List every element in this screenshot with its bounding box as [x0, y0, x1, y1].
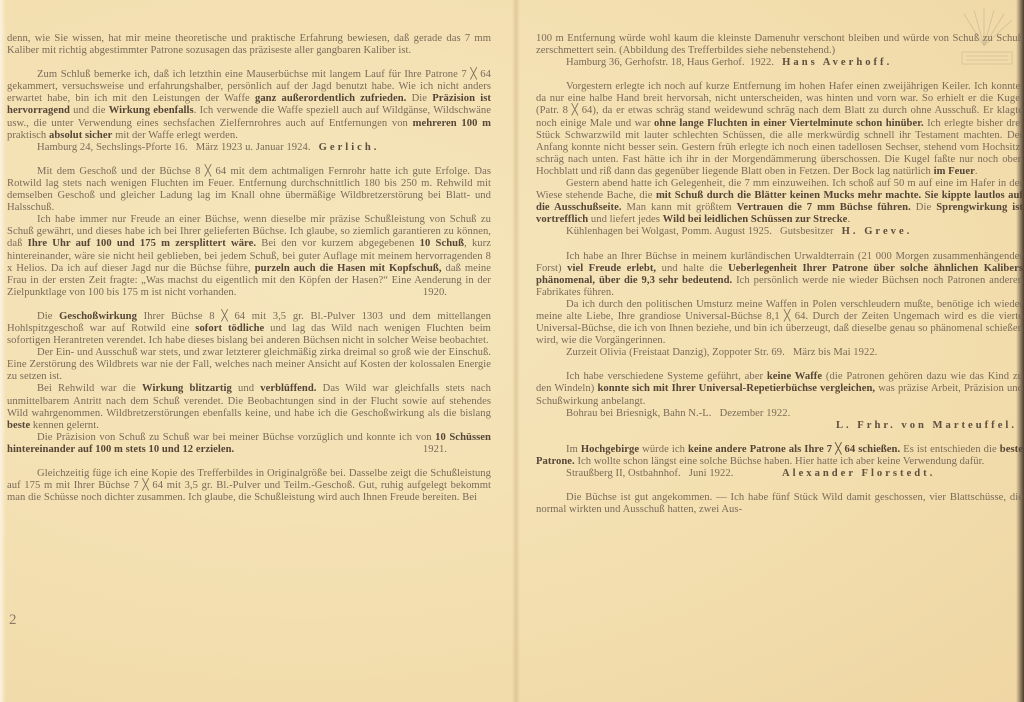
letter-signature: Straußberg II, Ostbahnhof. Juni 1922. Al… — [536, 468, 1023, 480]
emphasis-text: ohne lange Fluchten in einer Viertelminu… — [654, 118, 924, 129]
body-text: Man kann mit größtem — [622, 202, 737, 213]
body-text: Die Präzision von Schuß zu Schuß war bei… — [37, 432, 435, 443]
letter-signature: Hamburg 36, Gerhofstr. 18, Haus Gerhof. … — [536, 57, 1023, 69]
body-text: Die — [406, 93, 432, 104]
emphasis-text: Ihre Uhr auf 100 und 175 m zersplittert … — [28, 238, 256, 249]
paragraph: Da ich durch den politischen Umsturz mei… — [536, 299, 1023, 347]
letter-year: 1921. — [393, 444, 447, 456]
body-text: Mit dem Geschoß und der Büchse 8 ╳ 64 mi… — [7, 166, 491, 213]
emphasis-text: verblüffend. — [260, 383, 316, 394]
paragraph: Vorgestern erlegte ich noch auf kurze En… — [536, 81, 1023, 178]
emphasis-text: ganz außerordentlich zufrieden. — [255, 93, 406, 104]
emphasis-text: Wirkung blitzartig — [142, 383, 232, 394]
body-text: Bei den vor kurzem abgegebenen — [256, 238, 420, 249]
body-text: Ich wollte schon längst eine solche Büch… — [575, 456, 985, 467]
body-text: und — [232, 383, 260, 394]
emphasis-text: keine andere Patrone als Ihre 7 ╳ 64 sch… — [688, 444, 900, 455]
paragraph: Der Ein- und Ausschuß war stets, und zwa… — [7, 347, 491, 383]
emphasis-text: mehreren 100 m — [413, 118, 491, 129]
emphasis-text: Wirkung ebenfalls — [109, 105, 194, 116]
body-text: und liefert jedes — [588, 214, 663, 225]
emphasis-text: Vertrauen die 7 mm Büchse führen. — [737, 202, 911, 213]
emphasis-text: konnte sich mit Ihrer Universal-Repetier… — [597, 383, 875, 394]
letter-signature: Zurzeit Olivia (Freistaat Danzig), Zoppo… — [536, 347, 1023, 359]
emphasis-text: im Feuer — [934, 166, 975, 177]
emphasis-text: keine Waffe — [767, 371, 822, 382]
signature-place-date: Kühlenhagen bei Wolgast, Pomm. August 19… — [566, 226, 842, 237]
emphasis-text: beste — [7, 420, 30, 431]
signature-name: H. Greve. — [842, 226, 913, 237]
signature-name: L. Frhr. von Marteuffel. — [836, 420, 1017, 431]
body-text: Gleichzeitig füge ich eine Kopie des Tre… — [7, 468, 491, 503]
body-text: kennen gelernt. — [30, 420, 99, 431]
right-page: 100 m Entfernung würde wohl kaum die kle… — [536, 33, 1023, 516]
emphasis-text: Geschoßwirkung — [59, 311, 137, 322]
paragraph: Ich habe immer nur Freude an einer Büchs… — [7, 214, 491, 299]
page-number: 2 — [9, 612, 17, 629]
paragraph: Ich habe an Ihrer Büchse in meinem kurlä… — [536, 251, 1023, 299]
body-text: Bei Rehwild war die — [37, 383, 142, 394]
body-text: . — [847, 214, 850, 225]
emphasis-text: Hochgebirge — [581, 444, 639, 455]
body-text: Die — [911, 202, 936, 213]
paragraph: denn, wie Sie wissen, hat mir meine theo… — [7, 33, 491, 57]
emphasis-text: sofort tödliche — [195, 323, 264, 334]
body-text: 100 m Entfernung würde wohl kaum die kle… — [536, 33, 1023, 56]
signature-place-date: Bohrau bei Briesnigk, Bahn N.-L. Dezembe… — [566, 408, 798, 419]
paragraph: Ich habe verschiedene Systeme geführt, a… — [536, 371, 1023, 407]
letter-signature: Bohrau bei Briesnigk, Bahn N.-L. Dezembe… — [536, 408, 1023, 420]
emphasis-text: 10 Schuß — [420, 238, 464, 249]
emphasis-text: mit Schuß durch die Blätter keinen Mucks… — [656, 190, 921, 201]
letter-signature: Hamburg 24, Sechslings-Pforte 16. März 1… — [7, 142, 491, 154]
body-text: Im — [566, 444, 581, 455]
emphasis-text: absolut sicher — [49, 130, 112, 141]
page-gutter — [512, 0, 520, 702]
signature-place-date: Hamburg 24, Sechslings-Pforte 16. März 1… — [37, 142, 319, 153]
body-text: Es ist entschieden die — [900, 444, 1000, 455]
body-text: Die — [37, 311, 59, 322]
paragraph: Die Geschoßwirkung Ihrer Büchse 8 ╳ 64 m… — [7, 311, 491, 347]
paragraph: Gestern abend hatte ich Gelegenheit, die… — [536, 178, 1023, 226]
letter-signature: Kühlenhagen bei Wolgast, Pomm. August 19… — [536, 226, 1023, 238]
paragraph: Gleichzeitig füge ich eine Kopie des Tre… — [7, 468, 491, 504]
body-text: mit der Waffe erlegt werden. — [112, 130, 238, 141]
paragraph: 100 m Entfernung würde wohl kaum die kle… — [536, 33, 1023, 57]
body-text: praktisch — [7, 130, 49, 141]
paragraph: Zum Schluß bemerke ich, daß ich letzthin… — [7, 69, 491, 142]
signature-place-date: Hamburg 36, Gerhofstr. 18, Haus Gerhof. … — [566, 57, 782, 68]
signature-place-date: Zurzeit Olivia (Freistaat Danzig), Zoppo… — [566, 347, 885, 358]
body-text: Da ich durch den politischen Umsturz mei… — [536, 299, 1023, 346]
body-text: denn, wie Sie wissen, hat mir meine theo… — [7, 33, 491, 56]
body-text: und halte die — [656, 263, 728, 274]
body-text: und die — [70, 105, 109, 116]
body-text: Die Büchse ist gut angekommen. — Ich hab… — [536, 492, 1023, 515]
letter-signature: L. Frhr. von Marteuffel. — [536, 420, 1023, 432]
paragraph: Die Präzision von Schuß zu Schuß war bei… — [7, 432, 491, 456]
paragraph: Im Hochgebirge würde ich keine andere Pa… — [536, 444, 1023, 468]
emphasis-text: Wild bei leidlichen Schüssen zur Strecke — [663, 214, 848, 225]
signature-name: Gerlich. — [319, 142, 380, 153]
paragraph: Bei Rehwild war die Wirkung blitzartig u… — [7, 383, 491, 431]
body-text: Ich habe verschiedene Systeme geführt, a… — [566, 371, 767, 382]
signature-name: Hans Averhoff. — [782, 57, 892, 68]
book-spread: denn, wie Sie wissen, hat mir meine theo… — [0, 0, 1024, 702]
body-text: . — [975, 166, 978, 177]
paragraph: Die Büchse ist gut angekommen. — Ich hab… — [536, 492, 1023, 516]
body-text: Der Ein- und Ausschuß war stets, und zwa… — [7, 347, 491, 382]
letter-year: 1920. — [393, 287, 447, 299]
emphasis-text: purzeln auch die Hasen mit Kopfschuß, — [255, 263, 442, 274]
emphasis-text: viel Freude erlebt, — [567, 263, 656, 274]
left-page: denn, wie Sie wissen, hat mir meine theo… — [7, 33, 491, 504]
paragraph: Mit dem Geschoß und der Büchse 8 ╳ 64 mi… — [7, 166, 491, 214]
body-text: würde ich — [639, 444, 688, 455]
signature-place-date: Straußberg II, Ostbahnhof. Juni 1922. — [566, 468, 782, 479]
signature-name: Alexander Florstedt. — [782, 468, 935, 479]
